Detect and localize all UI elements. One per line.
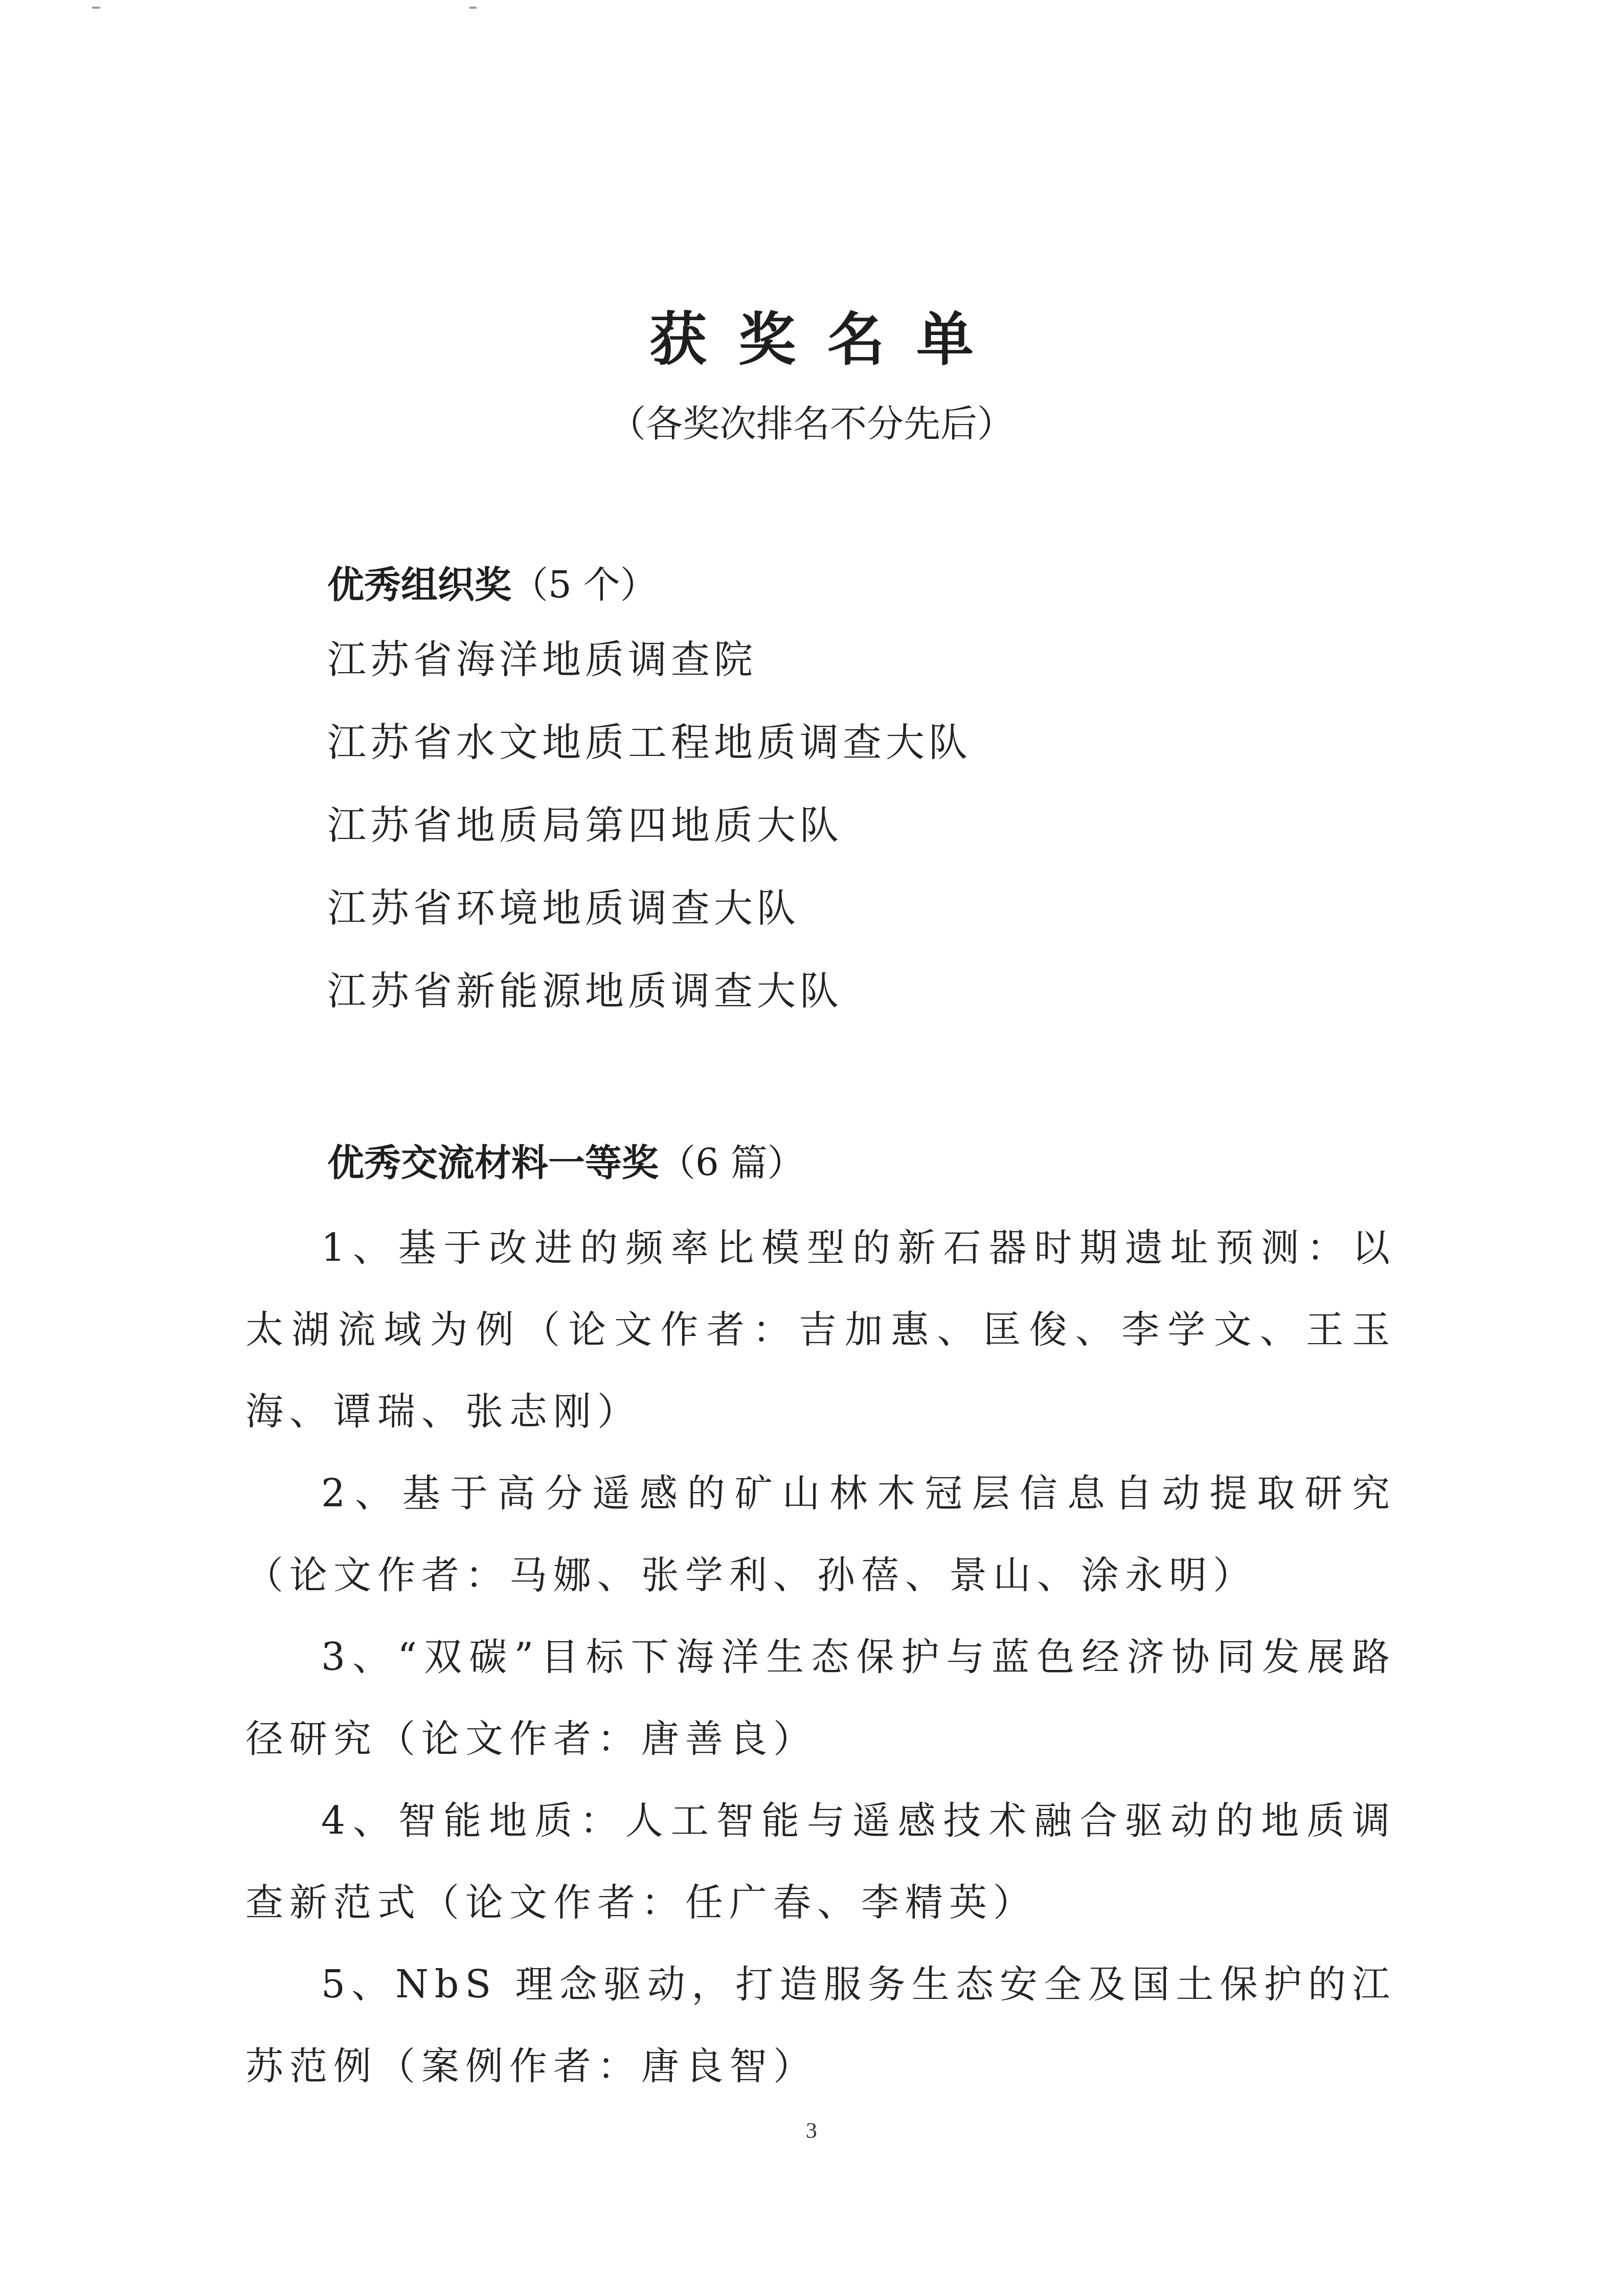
section-heading-count: （5 个） — [511, 563, 657, 606]
list-item: 3、“双碳”目标下海洋生态保护与蓝色经济协同发展路径研究（论文作者：唐善良） — [245, 1616, 1396, 1780]
page-subtitle: （各奖次排名不分先后） — [0, 394, 1623, 447]
page-number: 3 — [0, 2117, 1623, 2144]
first-prize-paper-list: 1、基于改进的频率比模型的新石器时期遗址预测：以太湖流域为例（论文作者：吉加惠、… — [245, 1207, 1396, 2107]
list-item: 江苏省海洋地质调查院 — [327, 634, 972, 717]
list-item: 1、基于改进的频率比模型的新石器时期遗址预测：以太湖流域为例（论文作者：吉加惠、… — [245, 1207, 1396, 1453]
section-heading-organization-award: 优秀组织奖（5 个） — [327, 555, 657, 608]
page-title: 获奖名单 — [0, 294, 1623, 376]
organization-award-list: 江苏省海洋地质调查院 江苏省水文地质工程地质调查大队 江苏省地质局第四地质大队 … — [327, 634, 972, 1049]
scan-artifact-mark — [469, 7, 477, 9]
section-heading-count: （6 篇） — [659, 1141, 804, 1184]
list-item: 2、基于高分遥感的矿山林木冠层信息自动提取研究（论文作者：马娜、张学利、孙蓓、景… — [245, 1453, 1396, 1616]
list-item: 江苏省环境地质调查大队 — [327, 883, 972, 966]
list-item: 江苏省地质局第四地质大队 — [327, 800, 972, 883]
section-heading-label: 优秀组织奖 — [327, 563, 511, 606]
section-heading-first-prize: 优秀交流材料一等奖（6 篇） — [327, 1133, 804, 1186]
scan-artifact-mark — [92, 7, 100, 9]
list-item: 5、NbS 理念驱动，打造服务生态安全及国土保护的江苏范例（案例作者：唐良智） — [245, 1944, 1396, 2107]
section-heading-label: 优秀交流材料一等奖 — [327, 1141, 659, 1184]
list-item: 江苏省新能源地质调查大队 — [327, 966, 972, 1049]
list-item: 4、智能地质：人工智能与遥感技术融合驱动的地质调查新范式（论文作者：任广春、李精… — [245, 1780, 1396, 1944]
list-item: 江苏省水文地质工程地质调查大队 — [327, 717, 972, 800]
